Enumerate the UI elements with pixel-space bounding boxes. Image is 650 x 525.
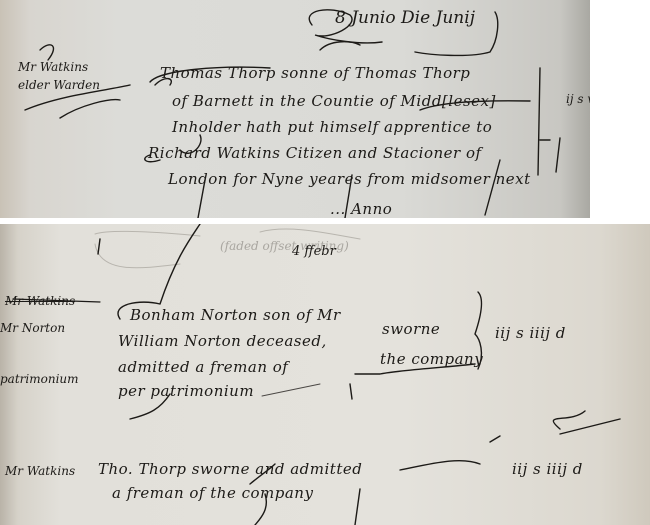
page-fragment: ... Anno — [330, 200, 392, 218]
body-line-5: London for Nyne yeares from midsomer nex… — [168, 170, 531, 188]
margin-struck-name: Mr Watkins — [5, 294, 75, 308]
bracket-word-sworne: sworne — [382, 320, 440, 338]
margin-name: Mr Norton — [0, 321, 65, 335]
margin-note-name: Mr Watkins — [18, 60, 88, 74]
margin-note: patrimonium — [0, 372, 79, 386]
entry2-fee: iij s iiij d — [512, 460, 583, 478]
body-line-4: Richard Watkins Citizen and Stacioner of — [148, 144, 482, 162]
margin-note-title: elder Warden — [18, 78, 100, 92]
date-heading: 4 ffebr — [292, 244, 336, 259]
entry2-margin-name: Mr Watkins — [5, 464, 75, 478]
date-heading: 8 Junio Die Junij — [335, 8, 475, 28]
bottom-manuscript-photo: (faded offset writing) 4 ffebr Mr Watkin… — [0, 224, 650, 525]
entry2-line-2: a freman of the company — [112, 484, 313, 502]
top-manuscript-photo: 8 Junio Die Junij Mr Watkins elder Warde… — [0, 0, 590, 218]
bracket-word-company: the company — [380, 350, 483, 368]
fee-note: ij s vj d — [566, 92, 590, 106]
entry1-line-2: William Norton deceased, — [118, 332, 327, 350]
pen-flourishes — [0, 224, 650, 525]
entry1-fee: iij s iiij d — [495, 324, 566, 342]
entry1-line-1: Bonham Norton son of Mr — [130, 306, 341, 324]
body-line-3: Inholder hath put himself apprentice to — [172, 118, 492, 136]
entry1-line-4: per patrimonium — [118, 382, 254, 400]
body-line-1: Thomas Thorp sonne of Thomas Thorp — [160, 64, 470, 82]
entry2-line-1: Tho. Thorp sworne and admitted — [98, 460, 362, 478]
entry1-line-3: admitted a freman of — [118, 358, 288, 376]
body-line-2: of Barnett in the Countie of Midd[lesex] — [172, 92, 496, 110]
